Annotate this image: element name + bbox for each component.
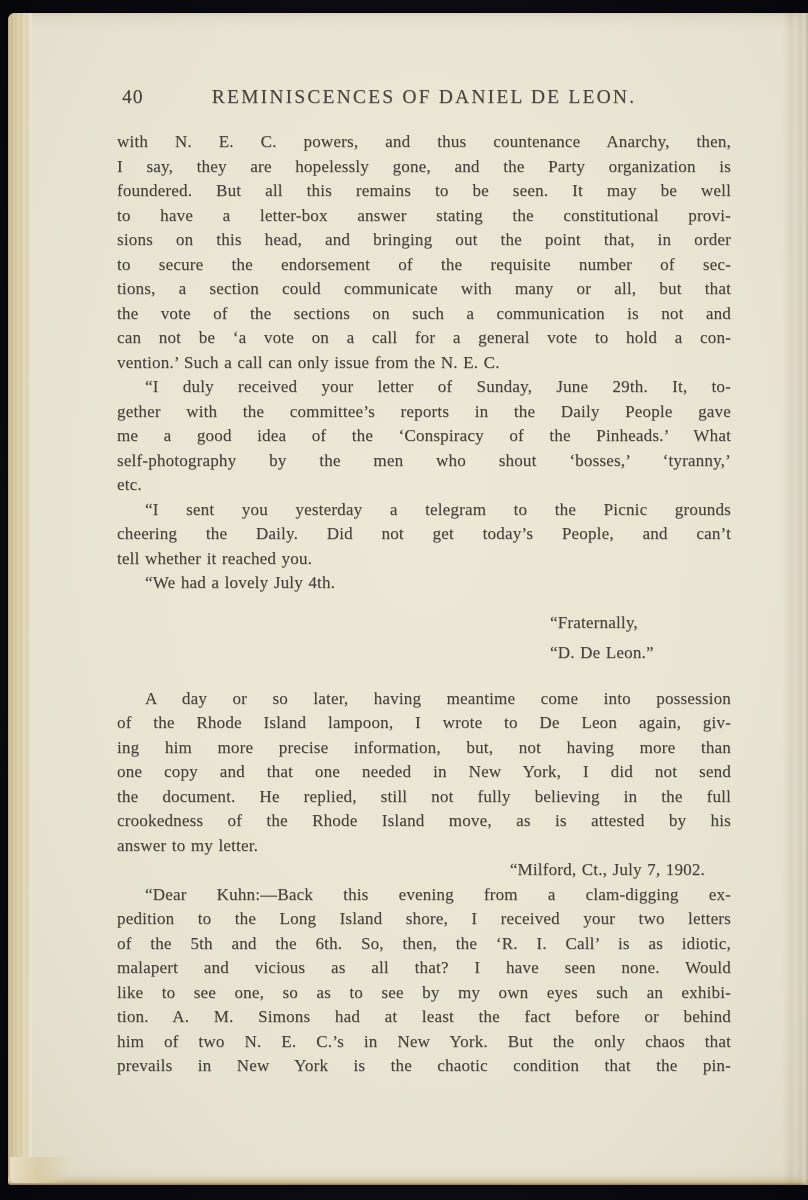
text-line: malapert and vicious as all that? I have… <box>117 956 731 981</box>
text-line: like to see one, so as to see by my own … <box>117 981 731 1006</box>
text-line: to secure the endorsement of the requisi… <box>117 253 731 278</box>
text-line: sions on this head, and bringing out the… <box>117 228 731 253</box>
paragraph-july4: “We had a lovely July 4th. <box>117 571 731 596</box>
running-title: REMINISCENCES OF DANIEL DE LEON. <box>117 86 731 109</box>
text-line: can not be ‘a vote on a call for a gener… <box>117 326 731 351</box>
text-line: one copy and that one needed in New York… <box>117 760 731 785</box>
page-bottom-edge <box>8 1176 806 1185</box>
text-line: the vote of the sections on such a commu… <box>117 302 731 327</box>
text-line: tell whether it reached you. <box>117 547 731 572</box>
text-line: pedition to the Long Island shore, I rec… <box>117 907 731 932</box>
scan-background: 40 REMINISCENCES OF DANIEL DE LEON. with… <box>0 0 808 1200</box>
page-left-fore-edge <box>8 13 32 1181</box>
paragraph-narrative: A day or so later, having meantime come … <box>117 687 731 859</box>
paragraph-letter-july7: “Dear Kuhn:—Back this evening from a cla… <box>117 883 731 1079</box>
text-line: ing him more precise information, but, n… <box>117 736 731 761</box>
text-line: “I duly received your letter of Sunday, … <box>117 375 731 400</box>
text-line: answer to my letter. <box>117 834 731 859</box>
page-body-text: with N. E. C. powers, and thus countenan… <box>117 130 731 1079</box>
text-line: “I sent you yesterday a telegram to the … <box>117 498 731 523</box>
text-line: the document. He replied, still not full… <box>117 785 731 810</box>
signature-closing: “Fraternally, <box>550 608 731 638</box>
text-line: tions, a section could communicate with … <box>117 277 731 302</box>
signature-name: “D. De Leon.” <box>550 638 731 668</box>
text-line: A day or so later, having meantime come … <box>117 687 731 712</box>
text-line: tion. A. M. Simons had at least the fact… <box>117 1005 731 1030</box>
paragraph-letter-june29: “I duly received your letter of Sunday, … <box>117 375 731 498</box>
text-line: of the Rhode Island lampoon, I wrote to … <box>117 711 731 736</box>
page-number: 40 <box>122 86 144 109</box>
text-line: crookedness of the Rhode Island move, as… <box>117 809 731 834</box>
page-right-crease <box>782 13 808 1185</box>
text-line: foundered. But all this remains to be se… <box>117 179 731 204</box>
page-bottom-corner-stack <box>10 1157 80 1183</box>
book-page: 40 REMINISCENCES OF DANIEL DE LEON. with… <box>8 13 808 1185</box>
paragraph-telegram: “I sent you yesterday a telegram to the … <box>117 498 731 572</box>
letter-dateline: “Milford, Ct., July 7, 1902. <box>117 858 731 883</box>
text-line: me a good idea of the ‘Conspiracy of the… <box>117 424 731 449</box>
letter-signature: “Fraternally, “D. De Leon.” <box>117 608 731 668</box>
text-line: to have a letter-box answer stating the … <box>117 204 731 229</box>
page-content: 40 REMINISCENCES OF DANIEL DE LEON. with… <box>117 86 731 1079</box>
text-line: “We had a lovely July 4th. <box>117 571 731 596</box>
text-line: cheering the Daily. Did not get today’s … <box>117 522 731 547</box>
text-line: I say, they are hopelessly gone, and the… <box>117 155 731 180</box>
text-line: of the 5th and the 6th. So, then, the ‘R… <box>117 932 731 957</box>
text-line: with N. E. C. powers, and thus countenan… <box>117 130 731 155</box>
text-line: “Dear Kuhn:—Back this evening from a cla… <box>117 883 731 908</box>
text-line: him of two N. E. C.’s in New York. But t… <box>117 1030 731 1055</box>
text-line: gether with the committee’s reports in t… <box>117 400 731 425</box>
text-line: etc. <box>117 473 731 498</box>
page-header: 40 REMINISCENCES OF DANIEL DE LEON. <box>117 86 731 109</box>
paragraph-continuation: with N. E. C. powers, and thus countenan… <box>117 130 731 375</box>
text-line: vention.’ Such a call can only issue fro… <box>117 351 731 376</box>
text-line: self-photography by the men who shout ‘b… <box>117 449 731 474</box>
text-line: prevails in New York is the chaotic cond… <box>117 1054 731 1079</box>
